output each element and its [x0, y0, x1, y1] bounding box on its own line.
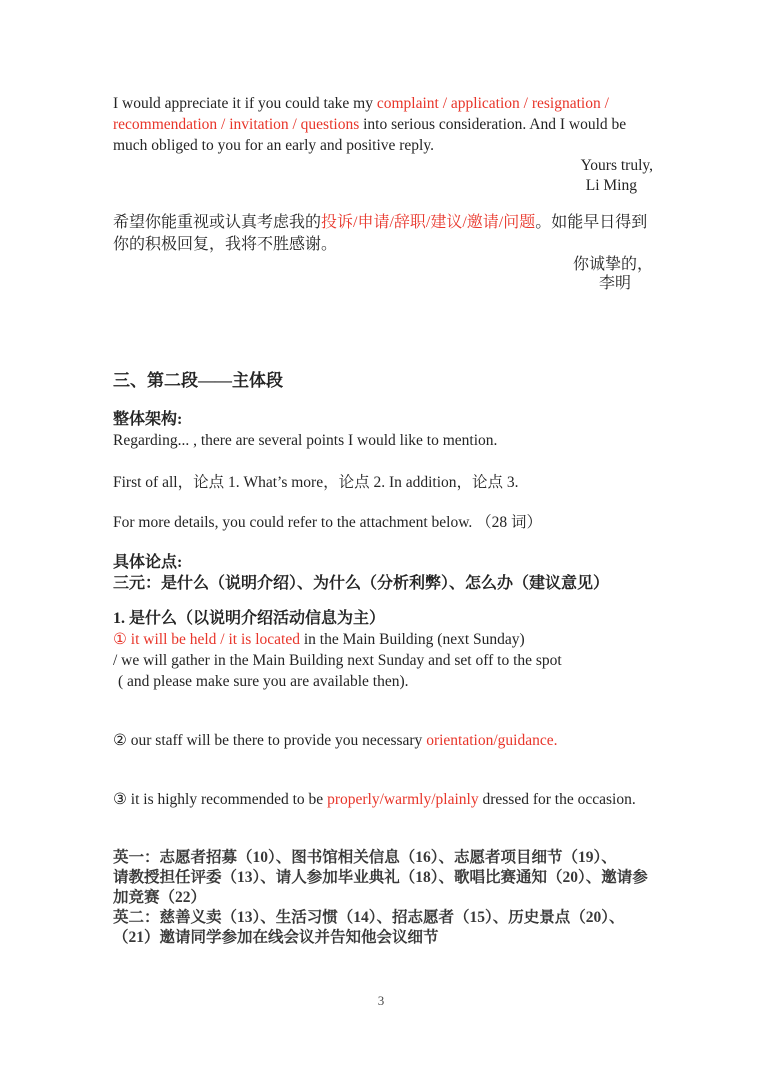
arguments-formula: 三元：是什么（说明介绍）、为什么（分析利弊）、怎么办（建议意见）	[113, 573, 653, 594]
point1-item3-red: properly/warmly/plainly	[327, 791, 479, 808]
point1-item1-line1: ① it will be held / it is located in the…	[113, 629, 653, 650]
arguments-label: 具体论点:	[113, 552, 653, 573]
point1-item1-line3: ( and please make sure you are available…	[113, 671, 653, 692]
point1-item3-post: dressed for the occasion.	[479, 791, 636, 808]
point1-item1-red: ① it will be held / it is located	[113, 631, 300, 648]
letter-english-paragraph: I would appreciate it if you could take …	[113, 93, 653, 156]
letter-english-text-pre: I would appreciate it if you could take …	[113, 95, 377, 112]
point1-item2-red: orientation/guidance.	[426, 732, 557, 749]
chinese-signature-name: 李明	[113, 274, 653, 293]
letter-chinese-paragraph: 希望你能重视或认真考虑我的投诉/申请/辞职/建议/邀请/问题。如能早日得到你的积…	[113, 212, 653, 255]
english-signoff-line: Yours truly,	[113, 156, 653, 176]
topics-en1-line2: 请教授担任评委（13）、请人参加毕业典礼（18）、歌唱比赛通知（20）、邀请参加…	[113, 868, 653, 908]
point1-item1-black: in the Main Building (next Sunday)	[300, 631, 525, 648]
exam-topics-list: 英一：志愿者招募（10）、图书馆相关信息（16）、志愿者项目细节（19）、 请教…	[113, 848, 653, 948]
point1-item3-line: ③ it is highly recommended to be properl…	[113, 789, 653, 810]
framework-line-details: For more details, you could refer to the…	[113, 512, 653, 533]
letter-chinese-red-options: 投诉/申请/辞职/建议/邀请/问题	[321, 214, 535, 231]
point1-heading: 1. 是什么（以说明介绍活动信息为主）	[113, 608, 653, 629]
point1-item2-black: ② our staff will be there to provide you…	[113, 732, 426, 749]
document-page: I would appreciate it if you could take …	[0, 0, 762, 1078]
document-content: I would appreciate it if you could take …	[113, 0, 653, 948]
framework-line-regarding: Regarding... , there are several points …	[113, 430, 653, 451]
topics-en2-line1: 英二：慈善义卖（13）、生活习惯（14）、招志愿者（15）、历史景点（20）、	[113, 908, 653, 928]
letter-chinese-text-pre: 希望你能重视或认真考虑我的	[113, 214, 321, 231]
framework-line-firstofall: First of all，论点 1. What’s more，论点 2. In …	[113, 472, 653, 493]
section-heading: 三、第二段——主体段	[113, 369, 653, 393]
page-number: 3	[0, 993, 762, 1009]
topics-en1-line1: 英一：志愿者招募（10）、图书馆相关信息（16）、志愿者项目细节（19）、	[113, 848, 653, 868]
point1-item2-line: ② our staff will be there to provide you…	[113, 730, 653, 751]
point1-item3-pre: ③ it is highly recommended to be	[113, 791, 327, 808]
chinese-signoff-line: 你诚挚的，	[113, 255, 653, 274]
english-signature-name: Li Ming	[113, 176, 653, 196]
framework-label: 整体架构:	[113, 409, 653, 430]
topics-en2-line2: （21）邀请同学参加在线会议并告知他会议细节	[113, 928, 653, 948]
point1-item1-line2: / we will gather in the Main Building ne…	[113, 650, 653, 671]
